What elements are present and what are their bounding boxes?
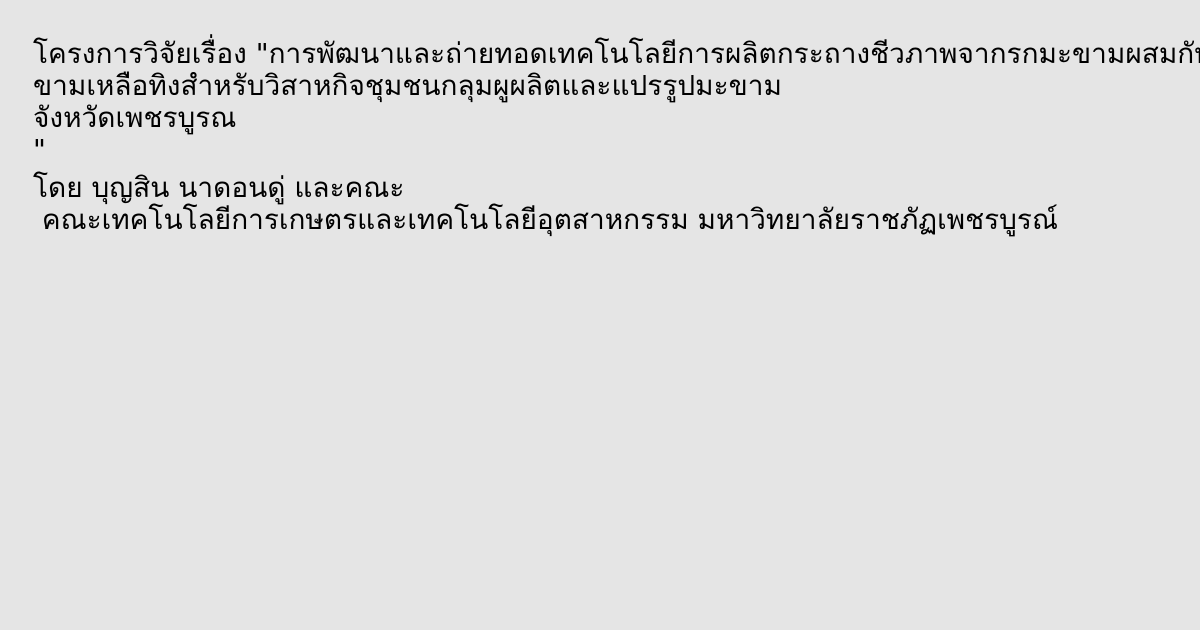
title-line-2: ขามเหลือทิงสำหรับวิสาหกิจชุมชนกลุมผูผลิต… bbox=[33, 70, 1172, 102]
title-line-1: โครงการวิจัยเรื่อง "การพัฒนาและถ่ายทอดเท… bbox=[33, 38, 1172, 70]
title-closing-quote: " bbox=[33, 134, 1172, 166]
byline-affiliation: คณะเทคโนโลยีการเกษตรและเทคโนโลยีอุตสาหกร… bbox=[33, 204, 1172, 236]
project-title: โครงการวิจัยเรื่อง "การพัฒนาและถ่ายทอดเท… bbox=[33, 38, 1172, 166]
title-line-3: จังหวัดเพชรบูรณ bbox=[33, 102, 1172, 134]
share-card: โครงการวิจัยเรื่อง "การพัฒนาและถ่ายทอดเท… bbox=[0, 0, 1200, 630]
byline: โดย บุญสิน นาดอนดู่ และคณะ คณะเทคโนโลยีก… bbox=[33, 172, 1172, 236]
byline-author: โดย บุญสิน นาดอนดู่ และคณะ bbox=[33, 172, 1172, 204]
